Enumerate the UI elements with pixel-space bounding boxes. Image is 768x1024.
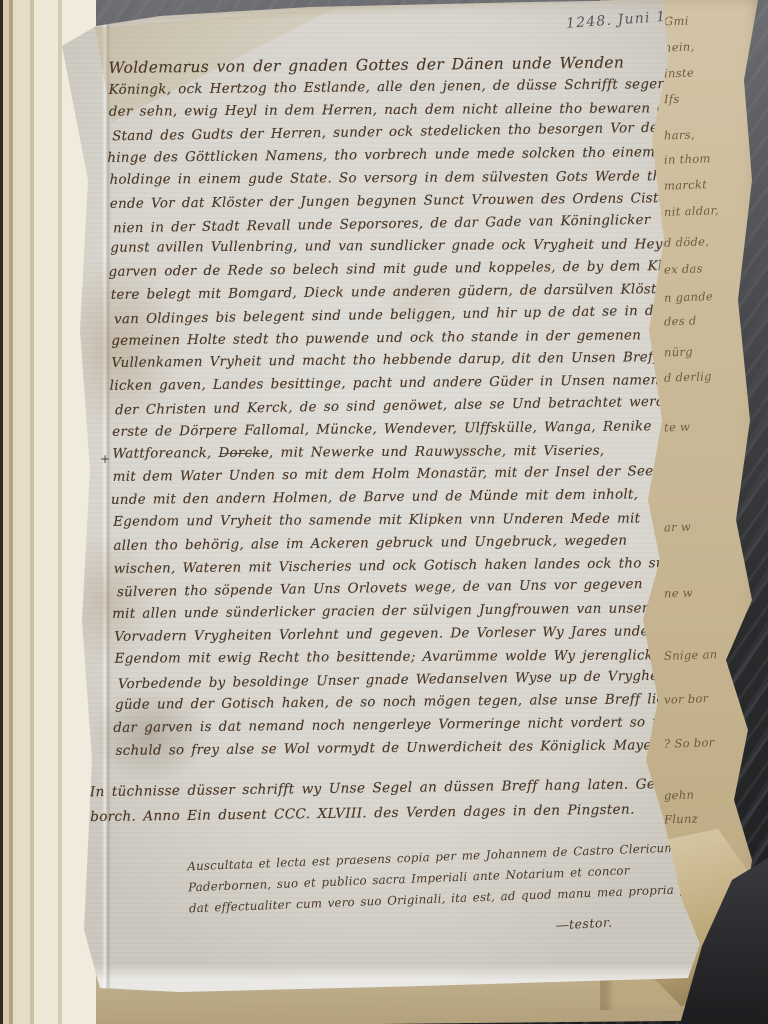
handwriting-fragment: ar w xyxy=(664,520,692,535)
handwriting-fragment: te w xyxy=(664,420,691,435)
handwriting-fragment: hein, xyxy=(664,39,695,54)
handwriting-fragment: Snige an xyxy=(664,647,718,663)
handwriting-fragment: n gande xyxy=(664,289,713,305)
handwriting-fragment: Gmi xyxy=(664,14,689,29)
handwriting-fragment: des d xyxy=(664,313,697,328)
manuscript-line: holdinge in einem gude State. So versorg… xyxy=(110,166,666,192)
handwriting-fragment: Ifs xyxy=(664,92,680,107)
manuscript-body-text: Woldemarus von der gnaden Gottes der Dän… xyxy=(108,51,671,763)
handwriting-fragment: d döde, xyxy=(664,234,710,250)
notary-signature: ―testor. xyxy=(556,915,613,933)
handwriting-fragment: Flunz xyxy=(664,811,698,826)
manuscript-line: Egendom und Vryheit tho samende mit Klip… xyxy=(113,508,669,534)
handwriting-fragment: ? So bor xyxy=(664,735,715,751)
page-stack-left-edge xyxy=(0,0,96,1024)
handwriting-fragment: inste xyxy=(664,65,694,80)
manuscript-closing-text: In tüchnisse düsser schrifft wy Unse Seg… xyxy=(90,772,691,830)
margin-cross-mark: + xyxy=(100,452,110,466)
manuscript-line: Wattforeanck, D̶o̶r̶c̶k̶e̶, mit Newerke … xyxy=(112,440,668,466)
handwriting-fragment: vor bor xyxy=(664,691,709,707)
archival-date-annotation: 1248. Juni 11 xyxy=(566,8,677,32)
handwriting-fragment: gehn xyxy=(664,787,695,802)
handwriting-fragment: hars, xyxy=(664,127,695,142)
handwriting-fragment: d derlig xyxy=(664,369,712,385)
handwriting-fragment: marckt xyxy=(664,177,708,192)
notary-subscription: Auscultata et lecta est praesens copia p… xyxy=(187,836,729,920)
handwriting-fragment: ne w xyxy=(664,585,693,600)
handwriting-fragment: in thom xyxy=(664,151,711,167)
handwriting-fragment: ex das xyxy=(664,261,703,276)
handwriting-fragment: nürg xyxy=(664,345,693,360)
handwriting-fragment: nit aldar, xyxy=(664,203,719,219)
